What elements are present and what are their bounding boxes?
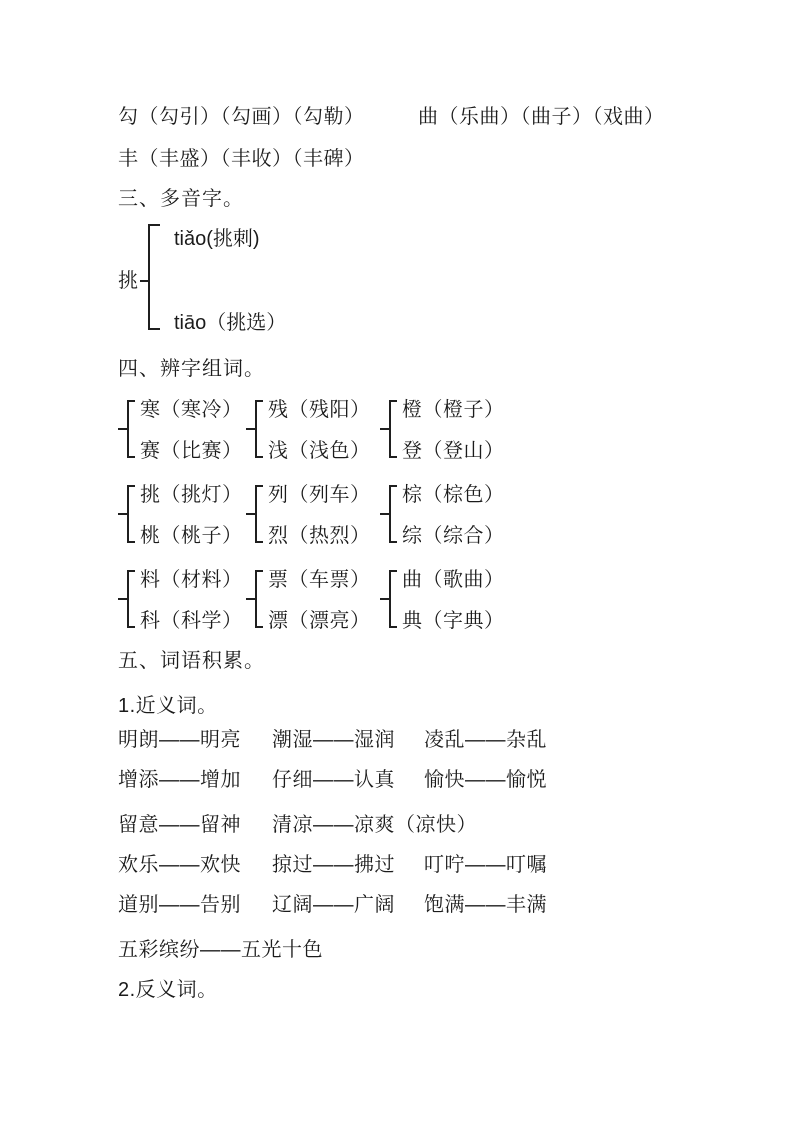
brace-line	[127, 626, 135, 628]
brace-line	[380, 598, 390, 600]
pair-group: 橙（橙子） 登（登山）	[380, 392, 550, 460]
worksheet-page: 勾（勾引）（勾画）（勾勒） 曲（乐曲）（曲子）（戏曲） 丰（丰盛）（丰收）（丰碑…	[0, 0, 793, 1122]
polyphone-reading-bottom: tiāo（挑选）	[174, 310, 286, 336]
pair-bottom-word: 桃（桃子）	[140, 523, 243, 549]
pair-bottom-word: 烈（热烈）	[268, 523, 371, 549]
pair-top-word: 曲（歌曲）	[402, 567, 505, 593]
polyphone-char: 挑	[118, 268, 138, 294]
word-line-qu: 曲（乐曲）（曲子）（戏曲）	[418, 104, 665, 130]
brace-line	[118, 598, 128, 600]
brace-line	[127, 400, 135, 402]
synonym-item: 五彩缤纷——五光十色	[118, 937, 323, 963]
brace-line	[255, 626, 263, 628]
pair-top-word: 挑（挑灯）	[140, 482, 243, 508]
brace-line	[118, 428, 128, 430]
synonym-item: 愉快——愉悦	[424, 767, 547, 793]
polyphone-reading-top: tiǎo(挑刺)	[174, 226, 260, 252]
synonym-item: 清凉——凉爽（凉快）	[272, 812, 477, 838]
word-line-feng: 丰（丰盛）（丰收）（丰碑）	[118, 146, 365, 172]
brace-line	[389, 456, 397, 458]
pair-group: 曲（歌曲） 典（字典）	[380, 562, 550, 630]
brace-line	[246, 428, 256, 430]
pair-top-word: 橙（橙子）	[402, 397, 505, 423]
pair-top-word: 料（材料）	[140, 567, 243, 593]
brace-line	[255, 541, 263, 543]
brace-line	[148, 224, 150, 330]
pair-top-word: 票（车票）	[268, 567, 371, 593]
synonym-item: 叮咛——叮嘱	[424, 852, 547, 878]
brace-line	[389, 570, 397, 572]
synonym-item: 掠过——拂过	[272, 852, 395, 878]
brace-line	[255, 400, 263, 402]
synonym-item: 增添——增加	[118, 767, 241, 793]
brace-icon	[380, 485, 397, 543]
polyphone-group: 挑 tiǎo(挑刺) tiāo（挑选）	[118, 222, 418, 338]
brace-icon	[246, 400, 263, 458]
synonym-item: 欢乐——欢快	[118, 852, 241, 878]
pair-top-word: 列（列车）	[268, 482, 371, 508]
synonym-item: 凌乱——杂乱	[424, 727, 547, 753]
brace-line	[127, 456, 135, 458]
pair-bottom-word: 科（科学）	[140, 608, 243, 634]
heading-bianzi: 四、辨字组词。	[118, 356, 265, 382]
brace-line	[118, 513, 128, 515]
brace-line	[148, 328, 160, 330]
heading-duoyinzi: 三、多音字。	[118, 186, 244, 212]
brace-line	[246, 598, 256, 600]
brace-line	[380, 513, 390, 515]
brace-icon	[380, 570, 397, 628]
brace-line	[148, 224, 160, 226]
brace-line	[389, 541, 397, 543]
pair-top-word: 棕（棕色）	[402, 482, 505, 508]
pair-bottom-word: 浅（浅色）	[268, 438, 371, 464]
pair-bottom-word: 综（综合）	[402, 523, 505, 549]
pair-bottom-word: 登（登山）	[402, 438, 505, 464]
brace-icon	[118, 570, 135, 628]
pair-bottom-word: 赛（比赛）	[140, 438, 243, 464]
brace-icon	[380, 400, 397, 458]
brace-icon	[118, 485, 135, 543]
pair-top-word: 寒（寒冷）	[140, 397, 243, 423]
pair-bottom-word: 漂（漂亮）	[268, 608, 371, 634]
synonym-item: 潮湿——湿润	[272, 727, 395, 753]
brace-line	[389, 626, 397, 628]
brace-line	[140, 280, 148, 282]
pair-bottom-word: 典（字典）	[402, 608, 505, 634]
subheading-jinyici: 1.近义词。	[118, 693, 218, 719]
synonym-item: 留意——留神	[118, 812, 241, 838]
synonym-item: 道别——告别	[118, 892, 241, 918]
word-line-gou: 勾（勾引）（勾画）（勾勒）	[118, 104, 365, 130]
brace-icon	[118, 400, 135, 458]
synonym-item: 明朗——明亮	[118, 727, 241, 753]
brace-line	[127, 570, 135, 572]
brace-line	[255, 456, 263, 458]
synonym-item: 辽阔——广阔	[272, 892, 395, 918]
synonym-item: 饱满——丰满	[424, 892, 547, 918]
brace-line	[389, 485, 397, 487]
synonym-item: 仔细——认真	[272, 767, 395, 793]
brace-line	[255, 485, 263, 487]
brace-line	[127, 541, 135, 543]
brace-line	[246, 513, 256, 515]
brace-line	[127, 485, 135, 487]
pair-top-word: 残（残阳）	[268, 397, 371, 423]
brace-line	[255, 570, 263, 572]
brace-icon	[246, 485, 263, 543]
brace-icon	[246, 570, 263, 628]
heading-ciyu: 五、词语积累。	[118, 648, 265, 674]
pair-group: 棕（棕色） 综（综合）	[380, 477, 550, 545]
subheading-fanyici: 2.反义词。	[118, 977, 218, 1003]
brace-line	[389, 400, 397, 402]
brace-line	[380, 428, 390, 430]
